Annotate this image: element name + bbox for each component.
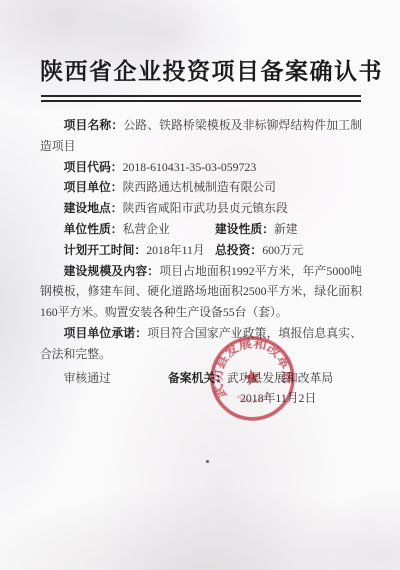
field-project-code: 项目代码：2018-610431-35-03-059723 — [40, 157, 362, 178]
document-title: 陕西省企业投资项目备案确认书 — [40, 56, 362, 88]
row-start-time: 计划开工时间：2018年11月 总投资：600万元 — [40, 240, 362, 261]
field-label: 项目单位： — [64, 180, 123, 194]
paper-speck — [206, 460, 209, 463]
seal-star-icon — [242, 367, 262, 386]
field-construction-site: 建设地点：陕西省咸阳市武功县贞元镇东段 — [40, 198, 362, 219]
pair-total-investment: 总投资：600万元 — [215, 240, 304, 261]
title-underline — [41, 95, 361, 102]
field-value: 陕西省咸阳市武功县贞元镇东段 — [123, 201, 288, 215]
field-value: 2018年11月 — [146, 243, 205, 257]
row-unit-nature: 单位性质：私营企业 建设性质：新建 — [40, 219, 362, 240]
field-label: 建设地点： — [64, 201, 123, 215]
field-scale-content: 建设规模及内容：项目占地面积1992平方米，年产5000吨钢模板，修建车间、硬化… — [40, 261, 362, 323]
field-project-name: 项目名称：公路、铁路桥梁模板及非标铆焊结构件加工制造项目 — [40, 115, 362, 157]
seal-code-text: 6104310000298 — [235, 387, 272, 407]
pair-construction-nature: 建设性质：新建 — [215, 219, 298, 240]
field-project-unit: 项目单位：陕西路通达机械制造有限公司 — [40, 177, 362, 198]
pair-unit-nature: 单位性质：私营企业 — [64, 222, 170, 236]
seal-org-text: 武功县发展和改革局 — [202, 329, 296, 401]
document-photo: 陕西省企业投资项目备案确认书 项目名称：公路、铁路桥梁模板及非标铆焊结构件加工制… — [0, 0, 400, 570]
pair-start-time: 计划开工时间：2018年11月 — [64, 243, 205, 257]
field-value: 600万元 — [262, 243, 303, 257]
field-label: 单位性质： — [64, 222, 123, 236]
review-status: 审核通过 — [64, 371, 111, 385]
field-label: 建设规模及内容： — [64, 264, 160, 278]
field-label: 项目单位承诺： — [64, 326, 148, 340]
field-value: 新建 — [274, 222, 298, 236]
field-value: 私营企业 — [123, 222, 170, 236]
field-label: 项目代码： — [64, 160, 123, 174]
field-label: 项目名称： — [64, 118, 124, 132]
field-value: 2018-610431-35-03-059723 — [123, 160, 257, 174]
field-value: 陕西路通达机械制造有限公司 — [123, 180, 276, 194]
field-label: 计划开工时间： — [64, 243, 147, 257]
document-page: 陕西省企业投资项目备案确认书 项目名称：公路、铁路桥梁模板及非标铆焊结构件加工制… — [0, 0, 400, 570]
field-label: 总投资： — [215, 243, 262, 257]
field-label: 建设性质： — [215, 222, 274, 236]
official-seal: 武功县发展和改革局 6104310000298 — [195, 321, 310, 436]
